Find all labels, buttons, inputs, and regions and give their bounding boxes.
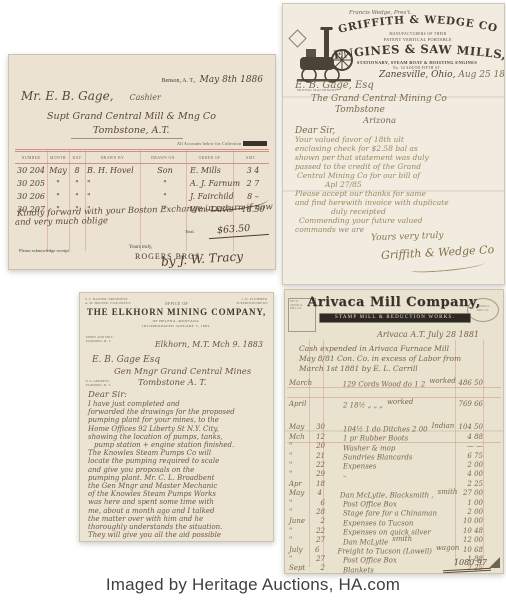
handwritten-note-line-2: and very much oblige	[15, 216, 108, 228]
handwritten-line: The Knowles Steam Pumps Co will	[88, 449, 270, 457]
table-row: 30 204 May 8 B. H. Hovel Son E. Mills 3 …	[15, 164, 269, 177]
cell-amount: 10 68	[459, 546, 483, 554]
closing: Yours very truly	[371, 231, 444, 244]
addressee: E. B. Gage, Esq	[295, 80, 374, 91]
incorporated-line: INCORPORATED JANUARY 3, 1883.	[80, 324, 273, 328]
cell-month: April	[287, 400, 311, 408]
cell-month: "	[287, 527, 311, 535]
side-note-po: P. O. ADDRESS: ELKHORN, M. T.	[86, 379, 111, 387]
written-date: May 8th 1886	[200, 75, 263, 85]
cell-day: 20	[311, 442, 325, 450]
cell-number: 30 204	[15, 166, 47, 175]
cell-amount: 104 50	[455, 423, 483, 431]
address-line-3: Tombstone A. T.	[138, 378, 206, 388]
written-date: Aug 25 1885	[458, 70, 505, 80]
description-text: Blankets	[343, 566, 374, 574]
cell-amount: 2 00	[455, 508, 483, 516]
cell-month: June	[287, 517, 311, 525]
address-line-2: Gen Mngr Grand Central Mines	[114, 367, 251, 377]
collection-note-text: All Accounts below for Collection	[177, 141, 241, 146]
dateline: Arivaca A.T. July 28 1881	[377, 330, 479, 339]
total-label: Total.	[185, 229, 195, 234]
cell-day: 28	[311, 508, 325, 516]
cell-order-of: E. Mills	[188, 166, 237, 175]
handwritten-line: forwarded the drawings for the proposed	[88, 408, 270, 416]
handwritten-line: Central Mining Co for our bill of	[297, 171, 497, 180]
collection-note: All Accounts below for Collection and Re…	[177, 141, 267, 146]
handwritten-line: duly receipted	[331, 207, 497, 216]
handwritten-line: pumping plant. Mr. C. L. Broadbent	[88, 474, 270, 482]
ledger-row: March 129 Cords Wood do 1 2worked 486 50	[287, 378, 501, 387]
ledger-rows: March 129 Cords Wood do 1 2worked 486 50…	[287, 378, 501, 573]
handwritten-line: and give you proposals on the	[88, 466, 270, 474]
salutation: Dear Sir:	[88, 390, 127, 400]
col-header-day: DAY	[69, 156, 85, 160]
cell-month: "	[287, 452, 311, 460]
red-ink-note: smith	[392, 535, 412, 543]
col-header-month: MONTH	[47, 156, 69, 160]
cell-day: 8	[69, 166, 85, 175]
cell-month: "	[287, 442, 311, 450]
handwritten-line: pumping plant for your mines, to the	[88, 416, 270, 424]
address-underline	[71, 138, 183, 139]
handwritten-line: Your valued favor of 18th ult	[295, 135, 497, 144]
side-note-mines: MINES AND MILL: ELKHORN, M. T.	[86, 335, 114, 343]
cell-month: July	[287, 546, 308, 554]
cell-month: "	[47, 179, 69, 188]
handwritten-line: Please accept our thanks for same	[295, 189, 497, 198]
banner-stamp-mill: STAMP MILL & REDUCTION WORKS.	[319, 313, 471, 323]
cell-day: 2	[311, 517, 325, 525]
cell-amount: 4 00	[455, 470, 483, 478]
yours-truly: Yours truly,	[129, 245, 152, 250]
cell-amount: 2 00	[455, 461, 483, 469]
signature-flourish	[411, 259, 485, 273]
dateline: Zanesville, Ohio, Aug 25 1885	[379, 70, 505, 80]
ledger-intro: Cash expended in Arivaca Furnace MillMay…	[299, 344, 461, 374]
cell-amount: 1 00	[455, 499, 483, 507]
cell-amount: 2 25	[455, 480, 483, 488]
handwritten-line: the matter over with him and he	[88, 515, 270, 523]
cell-description: 2 18½ „ „ „worked	[325, 398, 455, 409]
letterhead-sub1: MANUFACTURERS OF THEIR	[333, 32, 503, 36]
cell-amount: 769 66	[455, 400, 483, 408]
handwritten-line: me, about a month ago and I talked	[88, 507, 270, 515]
cell-amt: 2 7	[237, 179, 269, 188]
cell-amount: 10 00	[455, 517, 483, 525]
cell-month: "	[287, 470, 311, 478]
handwritten-line: the Gen Mngr and Master Mechanic	[88, 482, 270, 490]
addressee-line: Mr. E. B. Gage,Cashier	[21, 89, 161, 103]
address-line-4: Arizona	[363, 116, 396, 126]
handwritten-line: Commending your future valued	[299, 216, 497, 225]
cell-number: 30 206	[15, 192, 47, 201]
addressee: Mr. E. B. Gage,	[21, 89, 114, 103]
cell-day: 12	[311, 433, 325, 441]
handwritten-line: May 8/81 Con. Co. in excess of Labor fro…	[299, 354, 461, 364]
cell-day: 29	[311, 470, 325, 478]
cell-month: May	[287, 423, 311, 431]
cell-amount: 27 00	[457, 489, 483, 497]
handwritten-line: I have just completed and	[88, 400, 270, 408]
ledger-row: April 2 18½ „ „ „worked 769 66	[287, 399, 501, 408]
acknowledge-note: Please acknowledge receipt.	[19, 248, 70, 253]
cell-month: Apr	[287, 480, 311, 488]
printed-place: Benson, A. T.,	[161, 78, 195, 84]
addressee-title: Cashier	[130, 93, 161, 102]
dateline: Benson, A. T.,May 8th 1886	[161, 75, 263, 85]
address-line-3: Tombstone, A.T.	[93, 125, 169, 136]
auction-lot-photo: Benson, A. T.,May 8th 1886 Mr. E. B. Gag…	[0, 0, 506, 600]
cell-drawn-on: "	[142, 179, 188, 188]
document-elkhorn-mining-letter: S. T. HAUSER, PRESIDENT. A. M. HOLTER, V…	[79, 292, 274, 542]
cell-month: "	[47, 192, 69, 201]
cell-month: "	[287, 461, 311, 469]
collection-note-struck: and Return	[243, 141, 268, 146]
cell-day: 2	[311, 564, 325, 572]
cell-day: 4	[309, 489, 322, 497]
cell-day: 6	[308, 546, 320, 554]
handwritten-line: and find herewith invoice with duplicate	[295, 198, 497, 207]
description-text: 129 Cords Wood do 1 2	[343, 380, 426, 388]
cell-drawn-by: "	[85, 192, 142, 201]
cell-month: Mch	[287, 433, 311, 441]
cell-drawn-by: "	[85, 179, 142, 188]
handwritten-line: They will give you all the aid possible	[88, 531, 270, 539]
ledger-total: 1080 97	[454, 558, 487, 567]
red-ink-note: worked	[429, 377, 455, 385]
letterhead-sub3: STATIONARY, STEAM BOAT & HOISTING ENGINE…	[329, 60, 505, 65]
cell-amount: 4 88	[455, 433, 483, 441]
handwritten-line: March 1st 1881 by E. L. Carrill	[299, 364, 461, 374]
red-ink-note: smith	[438, 488, 458, 496]
cell-month: May	[287, 489, 309, 497]
side-note-line: ELKHORN, M. T.	[86, 383, 111, 387]
cell-day: 22	[311, 527, 325, 535]
watermark-credit: Imaged by Heritage Auctions, HA.com	[0, 575, 506, 595]
handwritten-line: thoroughly understands the situation.	[88, 523, 270, 531]
cell-number: 30 205	[15, 179, 47, 188]
handwritten-line: Cash expended in Arivaca Furnace Mill	[299, 344, 461, 354]
handwritten-line: passed to the credit of the Grand	[295, 162, 497, 171]
handwritten-line: shown per that statement was duly	[295, 153, 497, 162]
folded-corner	[489, 557, 500, 568]
handwritten-line: of the Knowles Steam Pumps Works	[88, 490, 270, 498]
cell-day: 22	[311, 461, 325, 469]
address-line-3: Tombstone	[335, 105, 385, 115]
description-text: 2 18½ „ „ „	[343, 402, 383, 410]
cell-month: "	[287, 499, 311, 507]
handwritten-line: Apl 27/85	[325, 180, 497, 189]
cell-amount: 486 50	[456, 379, 483, 387]
cell-day: "	[69, 179, 85, 188]
cell-month: "	[287, 536, 311, 544]
letter-body: I have just completed andforwarded the d…	[88, 400, 270, 539]
cell-day: 21	[311, 452, 325, 460]
handwritten-line: showing the location of pumps, tanks,	[88, 433, 270, 441]
cell-month: March	[287, 379, 311, 387]
col-header-amt: AMT.	[233, 156, 269, 160]
col-header-drawn-by: DRAWN BY	[85, 156, 140, 160]
handwritten-line: locate the pumping required to scale	[88, 457, 270, 465]
total-value: $63.50	[217, 223, 251, 236]
red-ink-note: worked	[387, 398, 413, 406]
col-header-number: NUMBER	[15, 156, 47, 160]
document-arivaca-mill-ledger: REC'D ARIVACA MILL CO. ARIVACA MILL CO. …	[284, 289, 504, 574]
cell-day: 30	[311, 423, 325, 431]
document-griffith-wedge-letter: Francis Wedge, Pres't. MINING MACHINERY …	[282, 3, 505, 285]
side-note-line: ELKHORN, M. T.	[86, 339, 114, 343]
cell-day: "	[69, 192, 85, 201]
printed-place: Zanesville, Ohio,	[379, 70, 455, 80]
company-name: Arivaca Mill Company,	[285, 295, 503, 310]
handwritten-line: was here and spent some time with	[88, 498, 270, 506]
cell-amount: — —	[455, 442, 483, 450]
col-header-drawn-on: DRAWN ON	[140, 156, 186, 160]
handwritten-line: enclosing check for $2.58 bal as	[295, 144, 497, 153]
addressee: E. B. Gage Esq	[92, 355, 160, 365]
cell-drawn-on: Son	[142, 166, 188, 175]
company-location: OF HELENA, MONTANA.	[80, 319, 273, 323]
dateline: Elkhorn, M.T. Mch 9. 1883	[155, 340, 263, 349]
cell-drawn-by: B. H. Hovel	[85, 166, 142, 175]
red-ink-note: wagon	[436, 544, 459, 552]
office-of-label: OFFICE OF	[80, 302, 273, 306]
cell-order-of: A. J. Farnum	[188, 179, 237, 188]
cell-day: 27	[311, 555, 325, 563]
handwritten-line: Home Offices 92 Liberty St N.Y. City,	[88, 425, 270, 433]
address-line-2: Supt Grand Central Mill & Mng Co	[47, 111, 216, 122]
billhead-table-header: NUMBER MONTH DAY DRAWN BY DRAWN ON ORDER…	[15, 149, 269, 164]
cell-month: "	[287, 555, 311, 563]
cell-amount: 10 48	[455, 527, 483, 535]
cell-description: 129 Cords Wood do 1 2worked	[325, 377, 456, 388]
letter-body: Your valued favor of 18th ultenclosing c…	[295, 135, 497, 234]
cell-amount: 6 75	[455, 452, 483, 460]
company-name: THE ELKHORN MINING COMPANY,	[80, 307, 273, 317]
table-row: 30 205 " " " " A. J. Farnum 2 7	[15, 177, 269, 190]
cell-month: "	[287, 508, 311, 516]
cell-month: Sept	[287, 564, 311, 572]
document-rogers-bros-billhead: Benson, A. T.,May 8th 1886 Mr. E. B. Gag…	[8, 54, 276, 270]
cell-day: 6	[311, 499, 325, 507]
cell-description: Blankets	[325, 563, 455, 574]
col-header-order-of: ORDER OF	[186, 156, 233, 160]
red-ink-note: Indian	[432, 422, 455, 430]
address-line-2: The Grand Central Mining Co	[311, 94, 447, 104]
cell-amt: 3 4	[237, 166, 269, 175]
cell-drawn-on: "	[142, 192, 188, 201]
handwritten-line: pump station + engine station finished.	[94, 441, 270, 449]
cell-month: May	[47, 166, 69, 175]
